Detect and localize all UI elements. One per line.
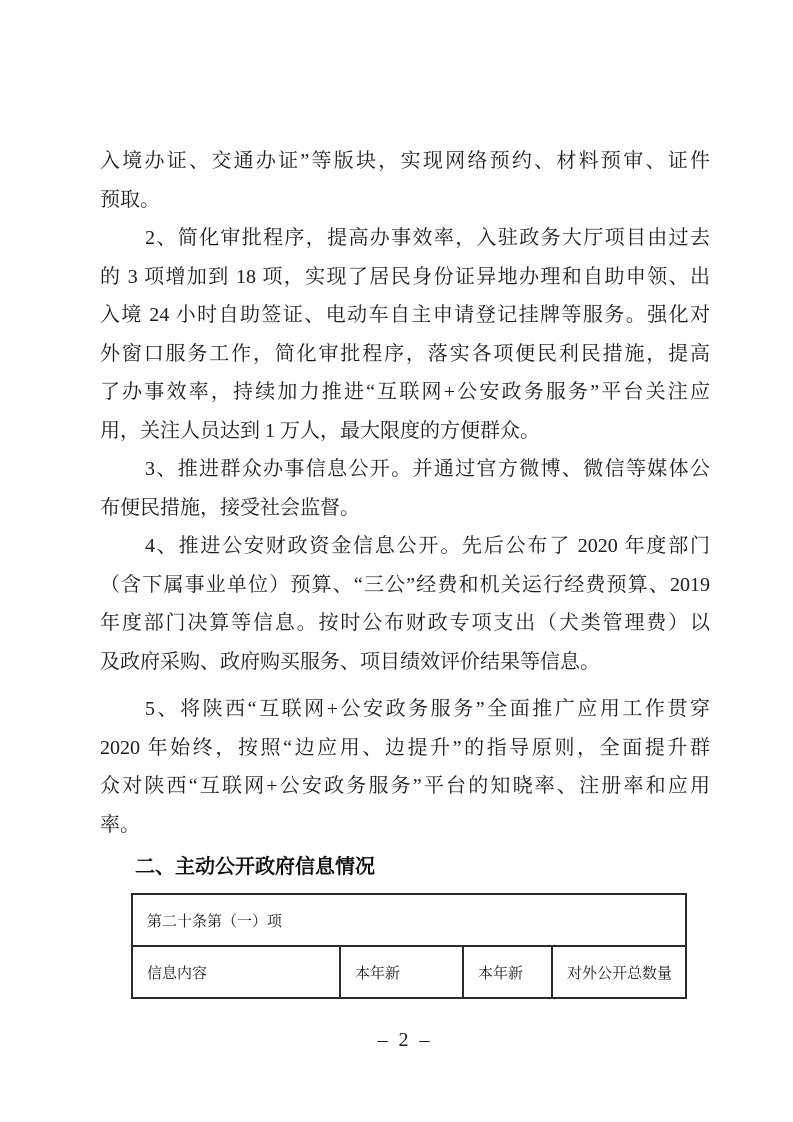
paragraph-1: 入境办证、交通办证”等版块，实现网络预约、材料预审、证件 预取。 <box>100 142 710 219</box>
text-line: 率。 <box>100 806 710 845</box>
text-line: 预取。 <box>100 181 710 220</box>
paragraph-2: 2、简化审批程序，提高办事效率，入驻政务大厅项目由过去 的 3 项增加到 18 … <box>100 219 710 450</box>
text-line: 外窗口服务工作，简化审批程序，落实各项便民利民措施，提高 <box>100 335 710 374</box>
table-cell-new-this-year-2: 本年新 <box>463 946 552 998</box>
info-table: 第二十条第（一）项 信息内容 本年新 本年新 对外公开总数量 <box>131 893 687 999</box>
paragraph-4: 4、推进公安财政资金信息公开。先后公布了 2020 年度部门 （含下属事业单位）… <box>100 527 710 681</box>
table-cell-span: 第二十条第（一）项 <box>132 894 686 946</box>
text-line: 入境办证、交通办证”等版块，实现网络预约、材料预审、证件 <box>100 142 710 181</box>
table-cell-info-content: 信息内容 <box>132 946 340 998</box>
paragraph-3: 3、推进群众办事信息公开。并通过官方微博、微信等媒体公 布便民措施，接受社会监督… <box>100 450 710 527</box>
text-line: 布便民措施，接受社会监督。 <box>100 489 710 528</box>
paragraph-5: 5、将陕西“互联网+公安政务服务”全面推广应用工作贯穿 2020 年始终，按照“… <box>100 690 710 844</box>
text-line: 用，关注人员达到 1 万人，最大限度的方便群众。 <box>100 412 710 451</box>
text-line: 年度部门决算等信息。按时公布财政专项支出（犬类管理费）以 <box>100 604 710 643</box>
text-line: 的 3 项增加到 18 项，实现了居民身份证异地办理和自助申领、出 <box>100 258 710 297</box>
table-cell-total-public: 对外公开总数量 <box>552 946 686 998</box>
text-line: 3、推进群众办事信息公开。并通过官方微博、微信等媒体公 <box>100 450 710 489</box>
table-cell-new-this-year-1: 本年新 <box>340 946 463 998</box>
section-heading: 二、主动公开政府信息情况 <box>100 852 745 882</box>
text-line: 入境 24 小时自助签证、电动车自主申请登记挂牌等服务。强化对 <box>100 296 710 335</box>
body-text: 入境办证、交通办证”等版块，实现网络预约、材料预审、证件 预取。 2、简化审批程… <box>100 142 710 844</box>
table-row-span: 第二十条第（一）项 <box>132 894 686 946</box>
text-line: （含下属事业单位）预算、“三公”经费和机关运行经费预算、2019 <box>100 566 710 605</box>
text-line: 5、将陕西“互联网+公安政务服务”全面推广应用工作贯穿 <box>100 690 710 729</box>
text-line: 及政府采购、政府购买服务、项目绩效评价结果等信息。 <box>100 643 710 682</box>
table-row-headers: 信息内容 本年新 本年新 对外公开总数量 <box>132 946 686 998</box>
text-line: 2、简化审批程序，提高办事效率，入驻政务大厅项目由过去 <box>100 219 710 258</box>
text-line: 了办事效率，持续加力推进“互联网+公安政务服务”平台关注应 <box>100 373 710 412</box>
document-page: 入境办证、交通办证”等版块，实现网络预约、材料预审、证件 预取。 2、简化审批程… <box>0 0 793 1122</box>
text-line: 众对陕西“互联网+公安政务服务”平台的知晓率、注册率和应用 <box>100 767 710 806</box>
page-number: – 2 – <box>100 1025 710 1055</box>
text-line: 4、推进公安财政资金信息公开。先后公布了 2020 年度部门 <box>100 527 710 566</box>
text-line: 2020 年始终，按照“边应用、边提升”的指导原则，全面提升群 <box>100 729 710 768</box>
